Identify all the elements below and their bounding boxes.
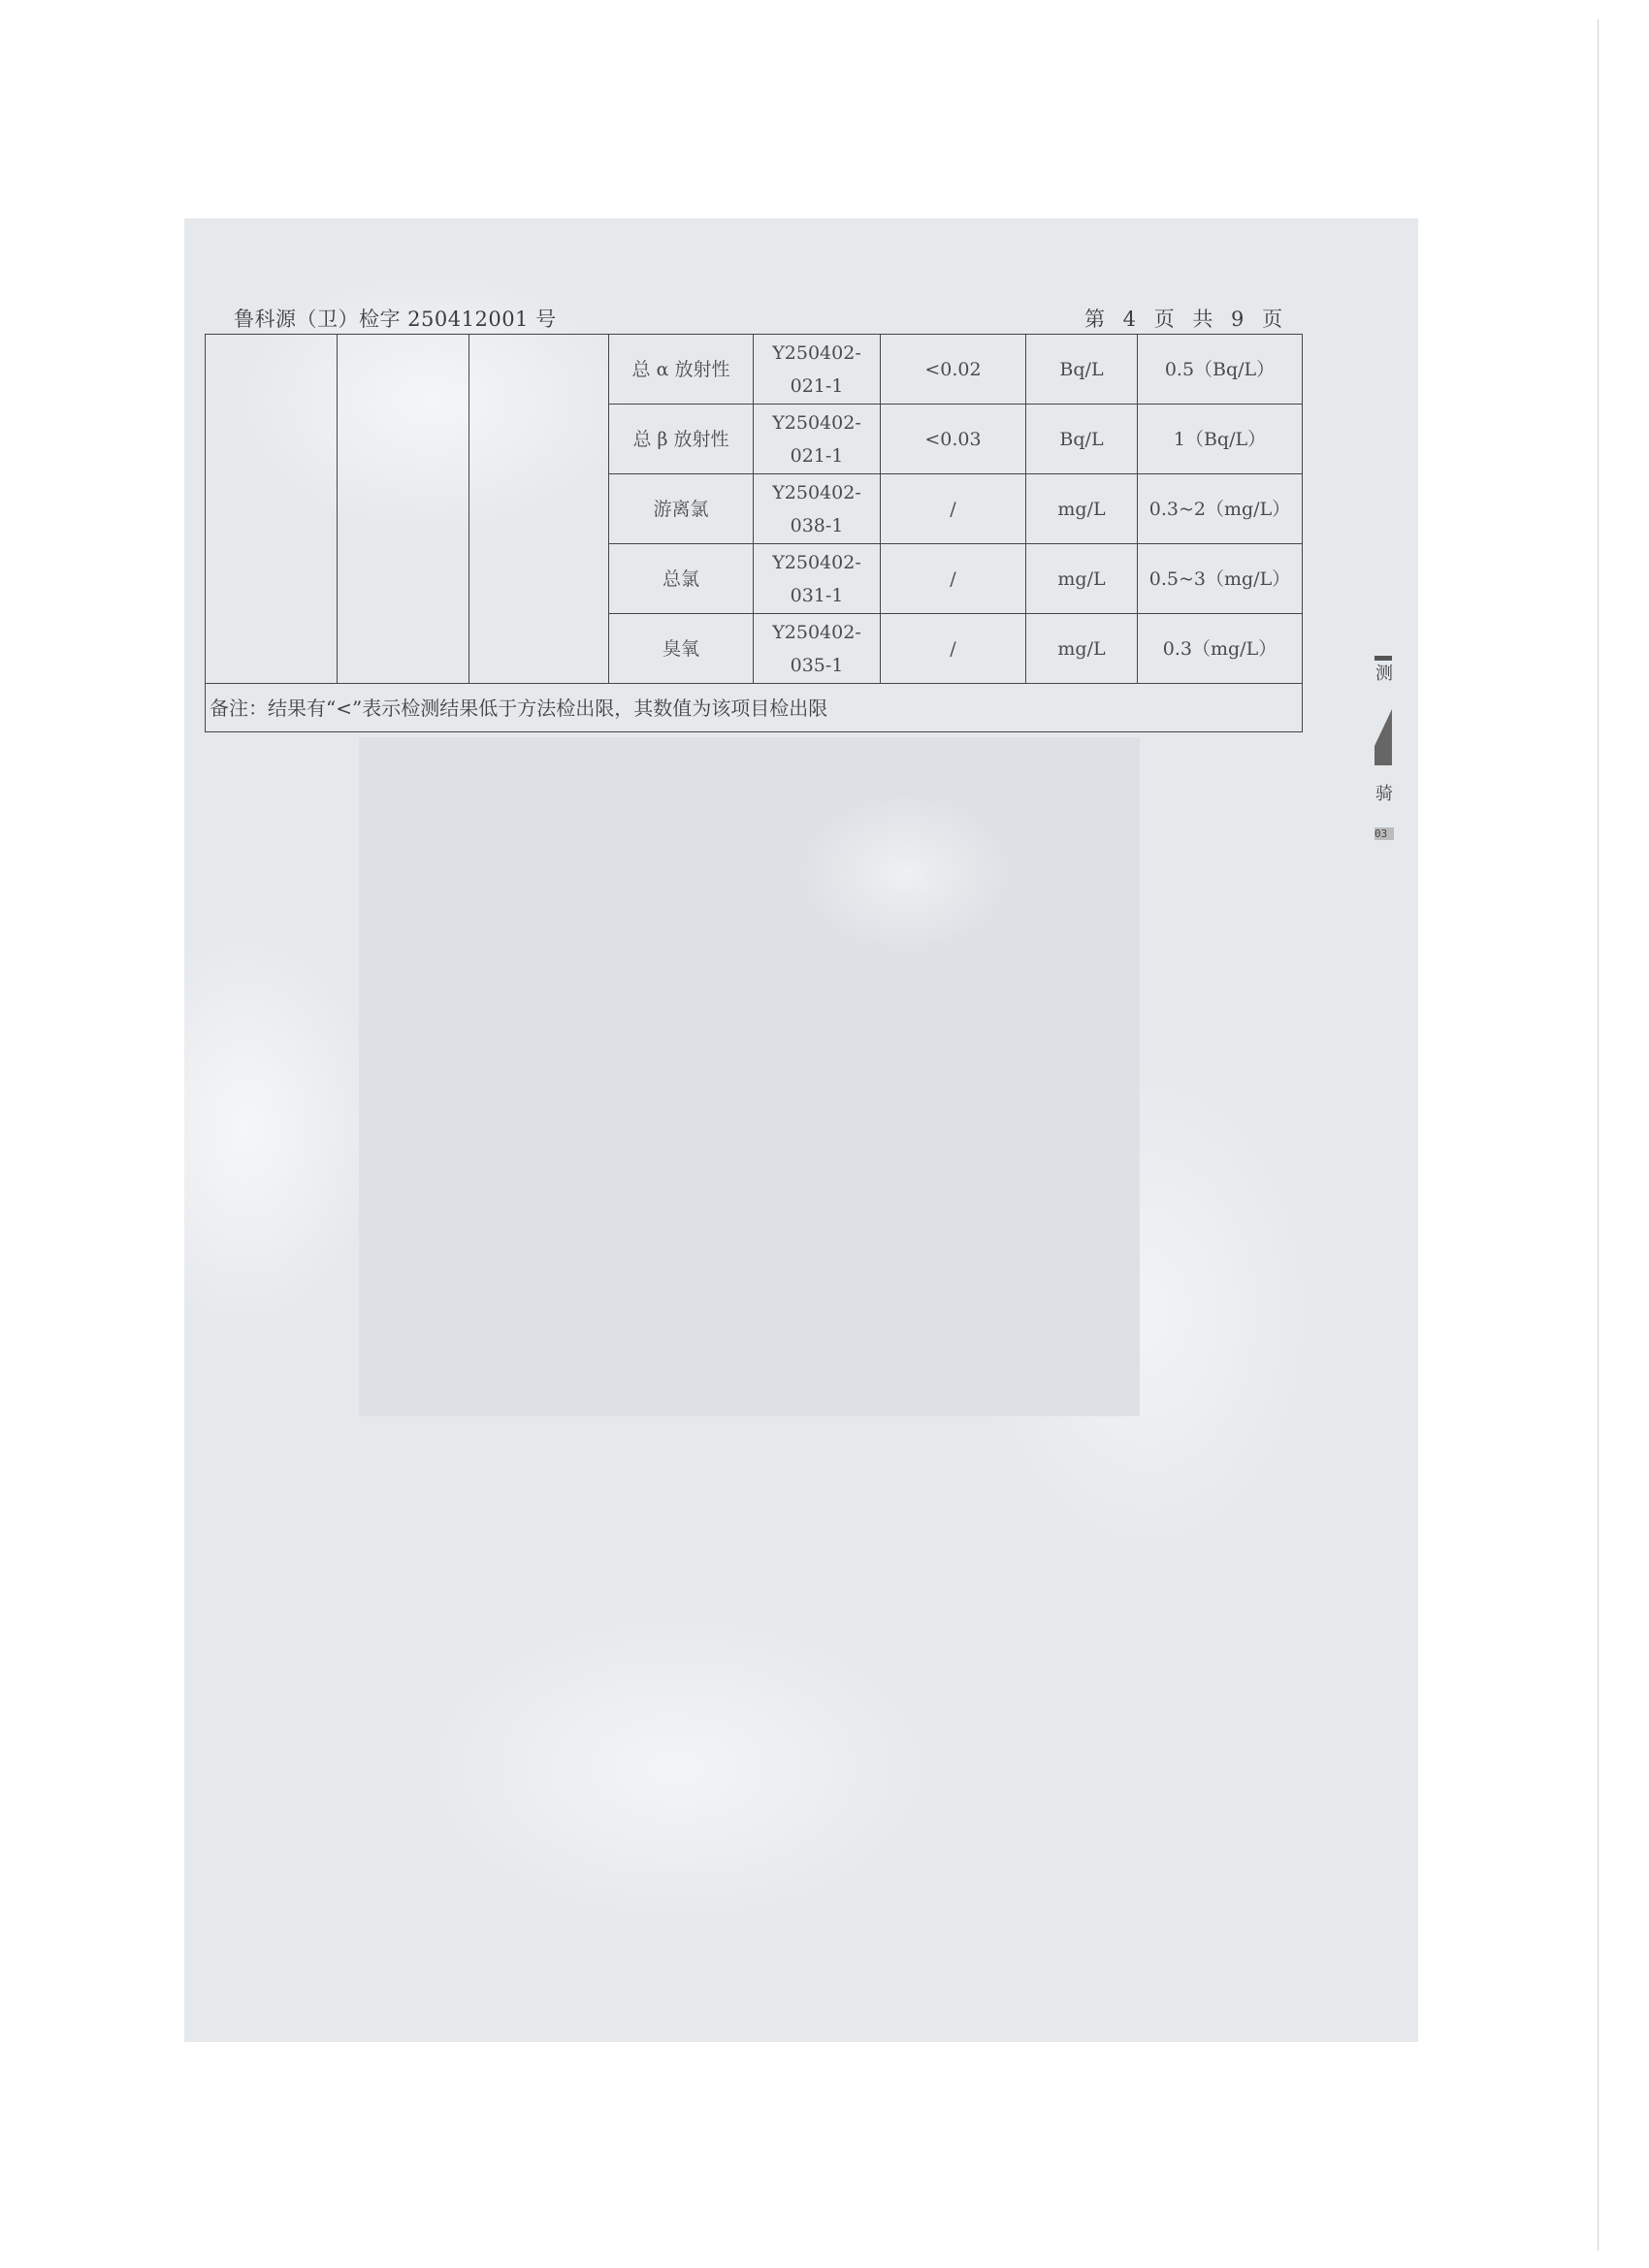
remark-row: 备注：结果有“<”表示检测结果低于方法检出限，其数值为该项目检出限 <box>206 684 1303 732</box>
stamp-bar <box>1374 656 1392 661</box>
report-number: 鲁科源（卫）检字 250412001 号 <box>234 304 557 333</box>
item-cell: 总氯 <box>609 544 754 614</box>
item-cell: 总 β 放射性 <box>609 405 754 474</box>
item-cell: 臭氧 <box>609 614 754 684</box>
sample-id-cell: Y250402-035-1 <box>754 614 881 684</box>
limit-cell: 0.5（Bq/L） <box>1138 335 1303 405</box>
sample-id-line1: Y250402- <box>754 616 880 649</box>
merged-cell-col1 <box>206 335 338 684</box>
result-cell: <0.03 <box>881 405 1026 474</box>
result-cell: <0.02 <box>881 335 1026 405</box>
sample-id-line1: Y250402- <box>754 546 880 579</box>
limit-cell: 1（Bq/L） <box>1138 405 1303 474</box>
unit-cell: Bq/L <box>1026 405 1138 474</box>
unit-cell: mg/L <box>1026 474 1138 544</box>
stamp-glyph-mid: 骑 <box>1374 785 1394 804</box>
unit-cell: mg/L <box>1026 614 1138 684</box>
scan-shadow-region <box>359 737 1140 1416</box>
result-cell: / <box>881 474 1026 544</box>
sample-id-line2: 038-1 <box>754 509 880 542</box>
stamp-glyph-top: 测 <box>1374 664 1394 684</box>
result-cell: / <box>881 544 1026 614</box>
sample-id-line1: Y250402- <box>754 476 880 509</box>
result-cell: / <box>881 614 1026 684</box>
item-cell: 总 α 放射性 <box>609 335 754 405</box>
limit-cell: 0.3~2（mg/L） <box>1138 474 1303 544</box>
sample-id-line2: 031-1 <box>754 579 880 612</box>
limit-cell: 0.5~3（mg/L） <box>1138 544 1303 614</box>
sample-id-cell: Y250402-021-1 <box>754 335 881 405</box>
seal-stamp-marks: 测 骑 03 <box>1374 656 1394 840</box>
merged-cell-col2 <box>338 335 469 684</box>
sample-id-cell: Y250402-031-1 <box>754 544 881 614</box>
sample-id-line2: 021-1 <box>754 439 880 472</box>
page-indicator: 第 4 页 共 9 页 <box>1084 304 1288 333</box>
sample-id-cell: Y250402-038-1 <box>754 474 881 544</box>
stamp-code: 03 <box>1374 827 1394 840</box>
unit-cell: Bq/L <box>1026 335 1138 405</box>
sample-id-line2: 021-1 <box>754 370 880 403</box>
sample-id-line2: 035-1 <box>754 649 880 682</box>
remark-note: 备注：结果有“<”表示检测结果低于方法检出限，其数值为该项目检出限 <box>206 684 1303 732</box>
sample-id-line1: Y250402- <box>754 337 880 370</box>
stamp-wedge-icon <box>1374 709 1392 765</box>
table-row: 总 α 放射性 Y250402-021-1 <0.02 Bq/L 0.5（Bq/… <box>206 335 1303 405</box>
limit-cell: 0.3（mg/L） <box>1138 614 1303 684</box>
item-cell: 游离氯 <box>609 474 754 544</box>
unit-cell: mg/L <box>1026 544 1138 614</box>
page-edge-line <box>1598 19 1599 2251</box>
sample-id-line1: Y250402- <box>754 406 880 439</box>
merged-cell-col3 <box>469 335 609 684</box>
sample-id-cell: Y250402-021-1 <box>754 405 881 474</box>
results-table: 总 α 放射性 Y250402-021-1 <0.02 Bq/L 0.5（Bq/… <box>205 334 1303 732</box>
